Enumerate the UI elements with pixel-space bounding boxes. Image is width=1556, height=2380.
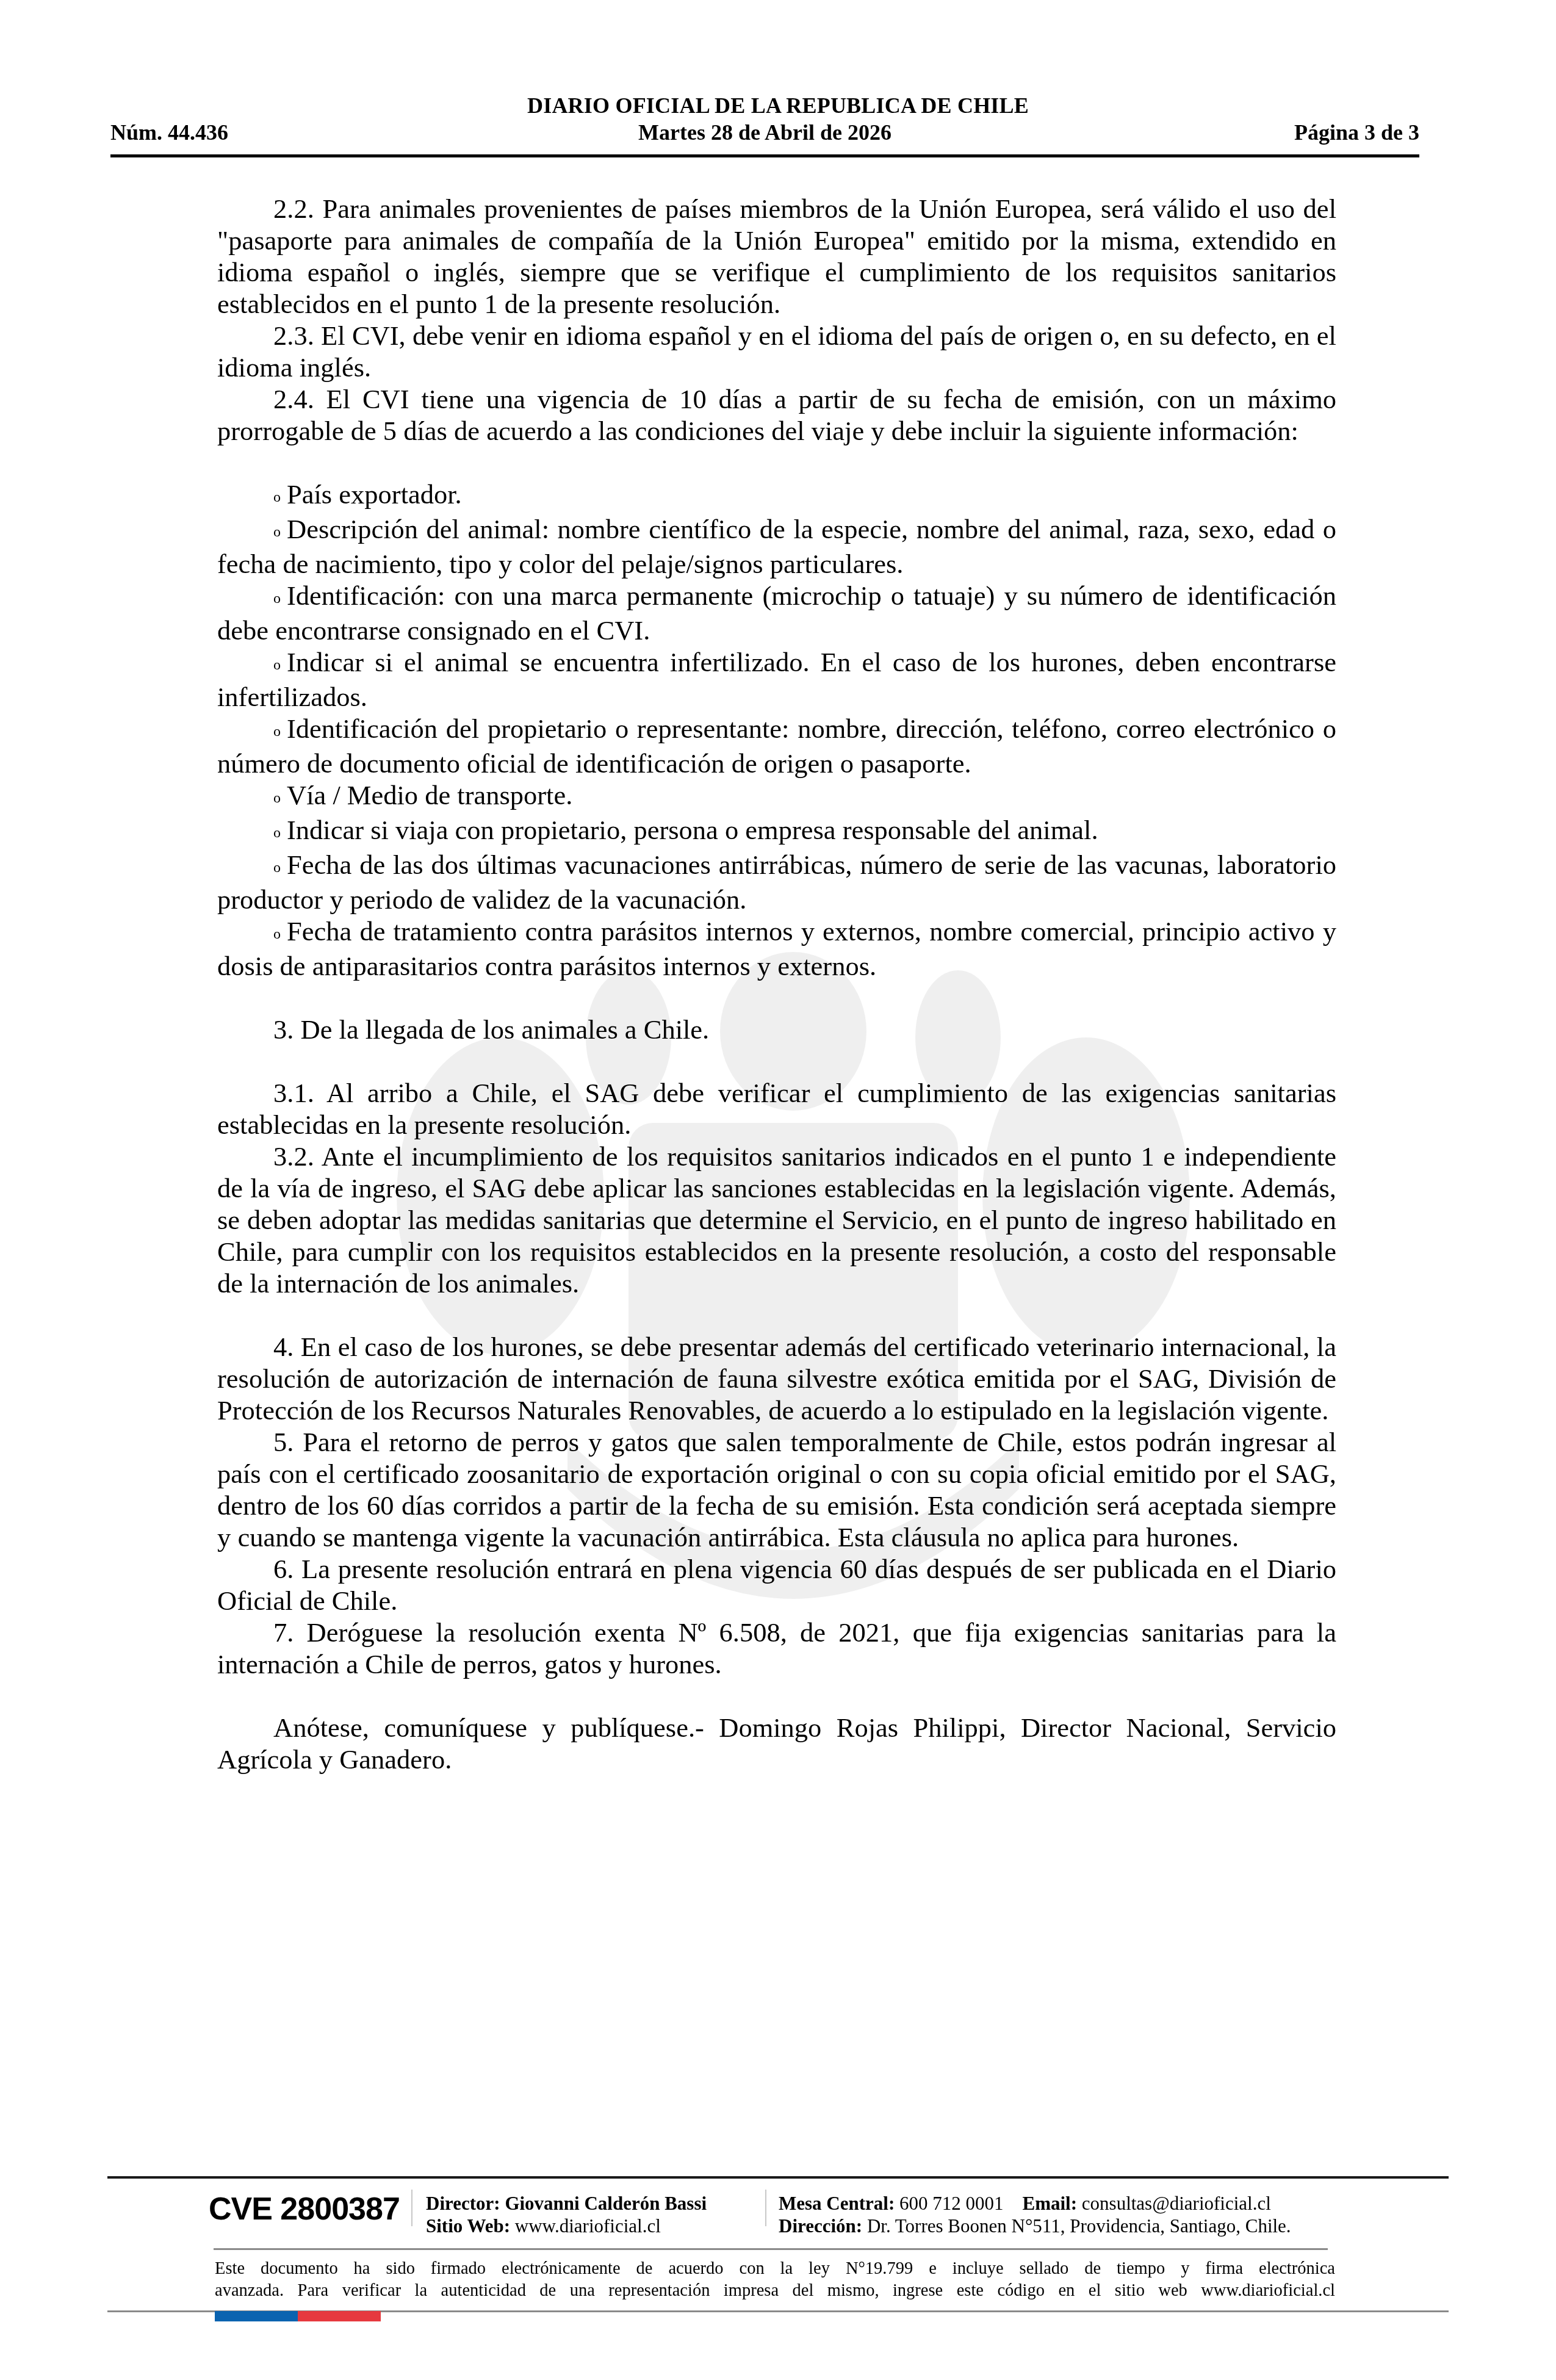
footer-divider-top: [107, 2176, 1449, 2179]
header-divider: [110, 154, 1419, 157]
section-3-heading: 3. De la llegada de los animales a Chile…: [217, 1014, 1336, 1045]
paragraph-5: 5. Para el retorno de perros y gatos que…: [217, 1426, 1336, 1553]
footer-divider-mid: [214, 2248, 1328, 2250]
paragraph-2-4: 2.4. El CVI tiene una vigencia de 10 día…: [217, 383, 1336, 447]
document-body: 2.2. Para animales provenientes de paíse…: [217, 193, 1336, 1775]
list-item: oVía / Medio de transporte.: [217, 779, 1336, 814]
paragraph-4: 4. En el caso de los hurones, se debe pr…: [217, 1331, 1336, 1426]
closing-signature: Anótese, comuníquese y publíquese.- Domi…: [217, 1712, 1336, 1775]
bullet-icon: o: [273, 790, 281, 806]
footer-separator: [411, 2190, 412, 2226]
paragraph-3-1: 3.1. Al arribo a Chile, el SAG debe veri…: [217, 1077, 1336, 1141]
publication-title: DIARIO OFICIAL DE LA REPUBLICA DE CHILE: [0, 93, 1556, 118]
flag-stripe-red: [298, 2311, 381, 2321]
paragraph-3-2: 3.2. Ante el incumplimiento de los requi…: [217, 1141, 1336, 1299]
paragraph-2-2: 2.2. Para animales provenientes de paíse…: [217, 193, 1336, 320]
list-item: oIndicar si el animal se encuentra infer…: [217, 646, 1336, 713]
list-item: oDescripción del animal: nombre científi…: [217, 513, 1336, 580]
address: Dr. Torres Boonen N°511, Providencia, Sa…: [867, 2215, 1291, 2237]
paragraph-6: 6. La presente resolución entrará en ple…: [217, 1553, 1336, 1617]
cve-code: CVE 2800387: [209, 2191, 400, 2227]
website-link[interactable]: www.diarioficial.cl: [515, 2215, 661, 2237]
list-item: oIdentificación del propietario o repres…: [217, 713, 1336, 779]
email-link[interactable]: consultas@diarioficial.cl: [1082, 2193, 1271, 2214]
bullet-icon: o: [273, 524, 281, 540]
list-item: oFecha de tratamiento contra parásitos i…: [217, 915, 1336, 982]
bullet-icon: o: [273, 489, 281, 505]
bullet-icon: o: [273, 825, 281, 841]
list-item: oIndicar si viaja con propietario, perso…: [217, 814, 1336, 849]
list-item: oPaís exportador.: [217, 478, 1336, 513]
footer-separator: [765, 2190, 766, 2226]
paragraph-7: 7. Deróguese la resolución exenta Nº 6.5…: [217, 1617, 1336, 1680]
director-name: Giovanni Calderón Bassi: [505, 2193, 707, 2214]
phone-number: 600 712 0001: [899, 2193, 1004, 2214]
issue-date: Martes 28 de Abril de 2026: [110, 120, 1419, 145]
header-row: Núm. 44.436 Martes 28 de Abril de 2026 P…: [110, 120, 1419, 149]
flag-stripe-blue: [215, 2311, 298, 2321]
list-item: oIdentificación: con una marca permanent…: [217, 580, 1336, 646]
paragraph-2-3: 2.3. El CVI, debe venir en idioma españo…: [217, 320, 1336, 383]
bullet-icon: o: [273, 724, 281, 740]
bullet-icon: o: [273, 926, 281, 942]
footer-contact-block: Mesa Central: 600 712 0001 Email: consul…: [779, 2192, 1291, 2237]
list-item: oFecha de las dos últimas vacunaciones a…: [217, 849, 1336, 915]
bullet-icon: o: [273, 860, 281, 876]
footer-director-block: Director: Giovanni Calderón Bassi Sitio …: [426, 2192, 707, 2237]
bullet-icon: o: [273, 657, 281, 673]
bullet-icon: o: [273, 591, 281, 607]
electronic-signature-note: Este documento ha sido firmado electróni…: [215, 2258, 1335, 2302]
